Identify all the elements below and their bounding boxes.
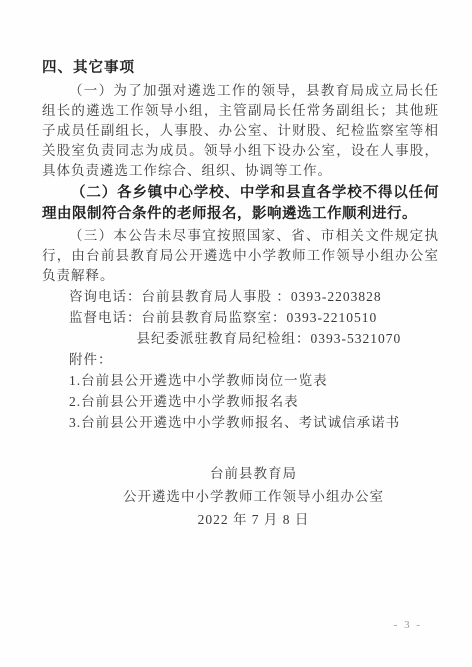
attachment-item-3: 3.台前县公开遴选中小学教师报名、考试诚信承诺书	[42, 412, 439, 433]
signature-office: 公开遴选中小学教师工作领导小组办公室	[123, 485, 384, 508]
attachments-label: 附件：	[42, 349, 439, 370]
paragraph-item-3: （三）本公告未尽事宜按照国家、省、市相关文件规定执行，由台前县教育局公开遴选中小…	[42, 226, 439, 286]
contact-supervise-phone: 监督电话：台前县教育局监察室：0393-2210510	[42, 307, 439, 328]
contact-consult-phone: 咨询电话：台前县教育局人事股 ：0393-2203828	[42, 286, 439, 307]
section-heading: 四、其它事项	[42, 57, 439, 79]
paragraph-item-1: （一）为了加强对遴选工作的领导，县教育局成立局长任组长的遴选工作领导小组，主管副…	[42, 81, 439, 181]
attachment-item-2: 2.台前县公开遴选中小学教师报名表	[42, 391, 439, 412]
signature-block: 台前县教育局 公开遴选中小学教师工作领导小组办公室 2022 年 7 月 8 日	[123, 462, 384, 531]
signature-organization: 台前县教育局	[123, 462, 384, 485]
page-number: - 3 -	[394, 619, 422, 631]
contact-discipline-phone: 县纪委派驻教育局纪检组：0393-5321070	[42, 328, 439, 349]
attachment-item-1: 1.台前县公开遴选中小学教师岗位一览表	[42, 370, 439, 391]
paragraph-item-2-emphasized: （二）各乡镇中心学校、中学和县直各学校不得以任何理由限制符合条件的老师报名，影响…	[42, 183, 439, 225]
document-page: 四、其它事项 （一）为了加强对遴选工作的领导，县教育局成立局长任组长的遴选工作领…	[0, 0, 472, 667]
document-content: 四、其它事项 （一）为了加强对遴选工作的领导，县教育局成立局长任组长的遴选工作领…	[42, 57, 439, 531]
signature-date: 2022 年 7 月 8 日	[123, 508, 384, 531]
